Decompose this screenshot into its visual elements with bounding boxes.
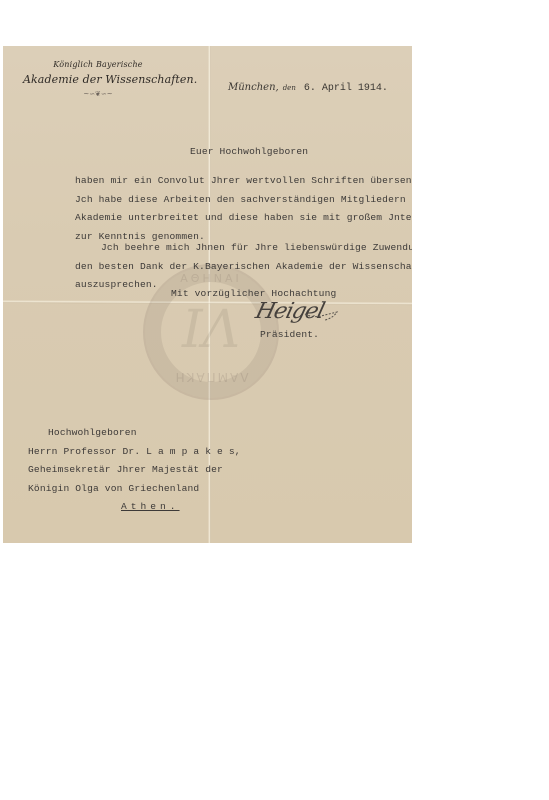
signer-title: Präsident.	[260, 329, 319, 340]
dateline-date: 6. April 1914.	[304, 83, 388, 94]
letterhead-line-1: Königlich Bayerische	[23, 60, 173, 69]
signature-flourish-icon	[303, 308, 339, 322]
dateline-city: München,	[228, 82, 279, 93]
recipient-address: Hochwohlgeboren Herrn Professor Dr. L a …	[28, 424, 241, 517]
dateline: München,den6. April 1914.	[228, 82, 388, 94]
body-line: Akademie unterbreitet und diese haben si…	[75, 209, 412, 228]
letterhead: Königlich Bayerische Akademie der Wissen…	[23, 60, 173, 98]
body-line: haben mir ein Convolut Jhrer wertvollen …	[75, 172, 412, 191]
address-city: Athen.	[28, 498, 241, 517]
letterhead-line-2: Akademie der Wissenschaften.	[23, 73, 173, 86]
closing: Mit vorzüglicher Hochachtung	[171, 288, 336, 299]
salutation: Euer Hochwohlgeboren	[190, 146, 308, 157]
letter-page: ΑΘΗΝΑΙ ΙΛ ΛΑΜΠΑΚΗ Königlich Bayerische A…	[3, 46, 412, 543]
ornament-icon: ~∽❦∽~	[23, 90, 173, 98]
address-line: Herrn Professor Dr. L a m p a k e s,	[28, 443, 241, 462]
stamp-ring-text: ΛΑΜΠΑΚΗ	[145, 370, 277, 384]
address-line: Hochwohlgeboren	[28, 424, 241, 443]
body-line: Jch beehre mich Jhnen für Jhre liebenswü…	[75, 239, 412, 258]
body-paragraph-1: haben mir ein Convolut Jhrer wertvollen …	[75, 172, 412, 246]
body-line: den besten Dank der K.Bayerischen Akadem…	[75, 258, 412, 277]
body-line: Jch habe diese Arbeiten den sachverständ…	[75, 191, 412, 210]
address-line: Geheimsekretär Jhrer Majestät der	[28, 461, 241, 480]
address-line: Königin Olga von Griechenland	[28, 480, 241, 499]
body-paragraph-2: Jch beehre mich Jhnen für Jhre liebenswü…	[75, 239, 412, 295]
dateline-den: den	[283, 84, 296, 92]
